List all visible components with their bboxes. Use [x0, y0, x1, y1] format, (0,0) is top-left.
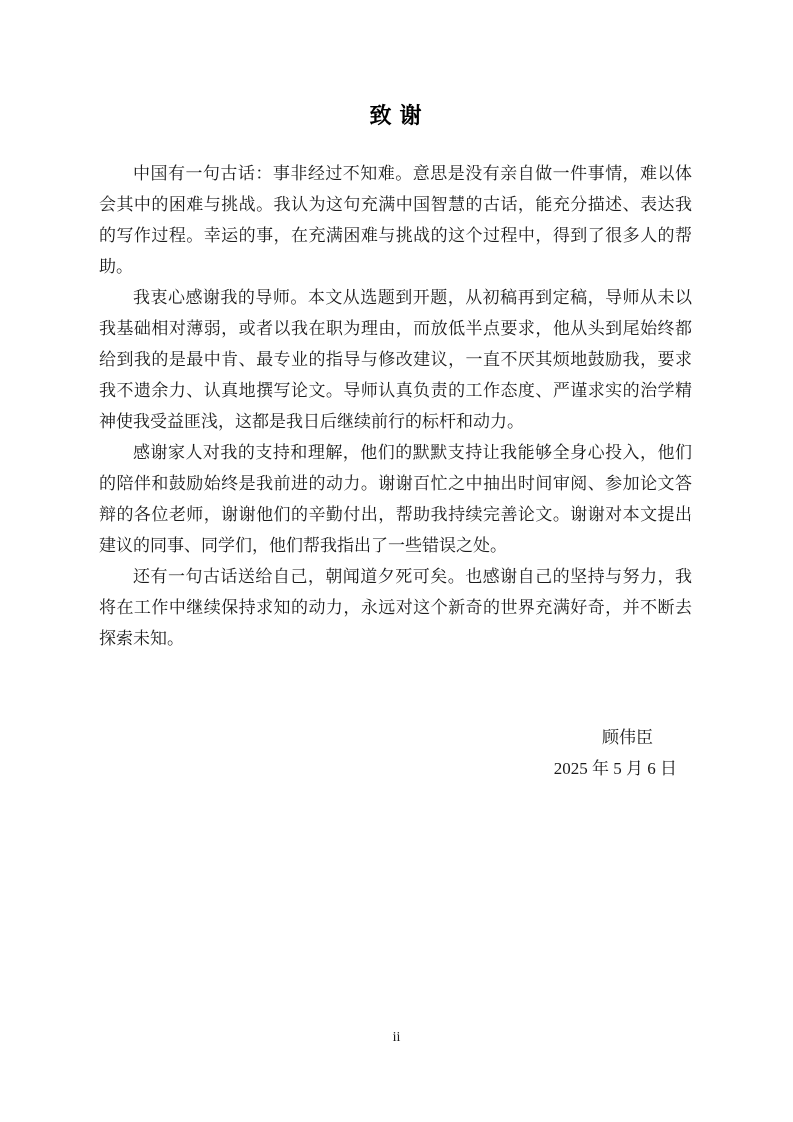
document-page: 致谢 中国有一句古话：事非经过不知难。意思是没有亲自做一件事情，难以体会其中的困… — [0, 0, 793, 1122]
page-number: ii — [0, 1028, 793, 1048]
paragraph-4: 还有一句古话送给自己，朝闻道夕死可矣。也感谢自己的坚持与努力，我将在工作中继续保… — [99, 561, 692, 654]
paragraph-3: 感谢家人对我的支持和理解，他们的默默支持让我能够全身心投入，他们的陪伴和鼓励始终… — [99, 437, 692, 561]
page-title: 致谢 — [99, 100, 692, 132]
signature-date: 2025 年 5 月 6 日 — [99, 753, 692, 784]
page-content: 致谢 中国有一句古话：事非经过不知难。意思是没有亲自做一件事情，难以体会其中的困… — [99, 0, 692, 784]
paragraph-1: 中国有一句古话：事非经过不知难。意思是没有亲自做一件事情，难以体会其中的困难与挑… — [99, 158, 692, 282]
signature-name: 顾伟臣 — [99, 722, 692, 753]
signature-block: 顾伟臣 2025 年 5 月 6 日 — [99, 722, 692, 784]
paragraph-2: 我衷心感谢我的导师。本文从选题到开题，从初稿再到定稿，导师从未以我基础相对薄弱，… — [99, 282, 692, 437]
